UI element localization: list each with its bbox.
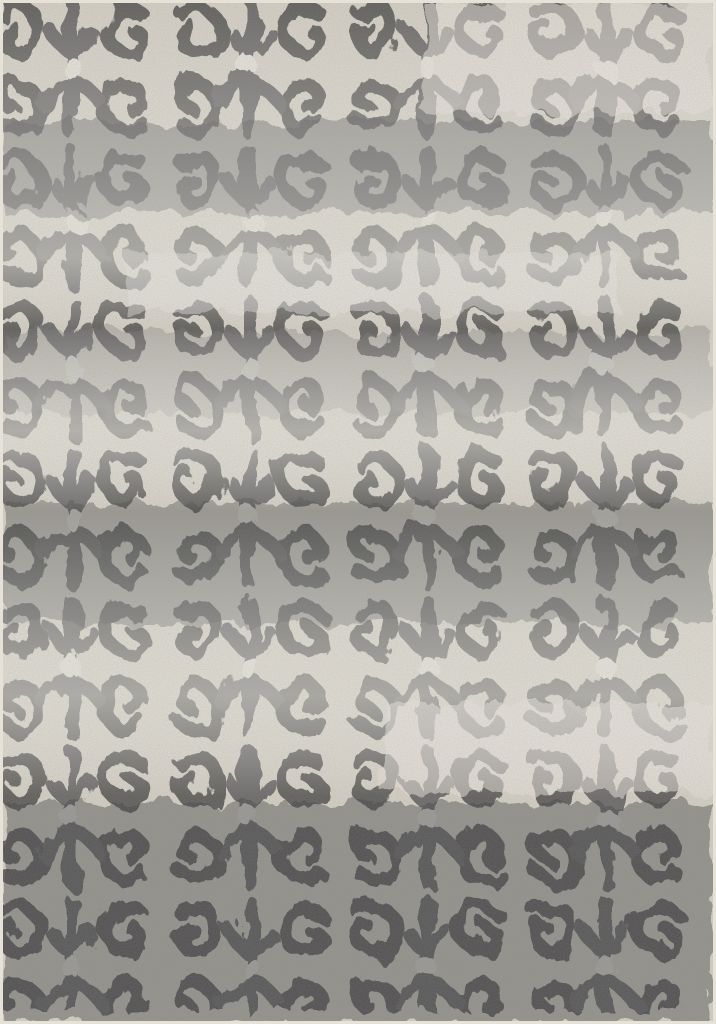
damask-pattern	[3, 3, 713, 1021]
rug-photo	[0, 0, 716, 1024]
